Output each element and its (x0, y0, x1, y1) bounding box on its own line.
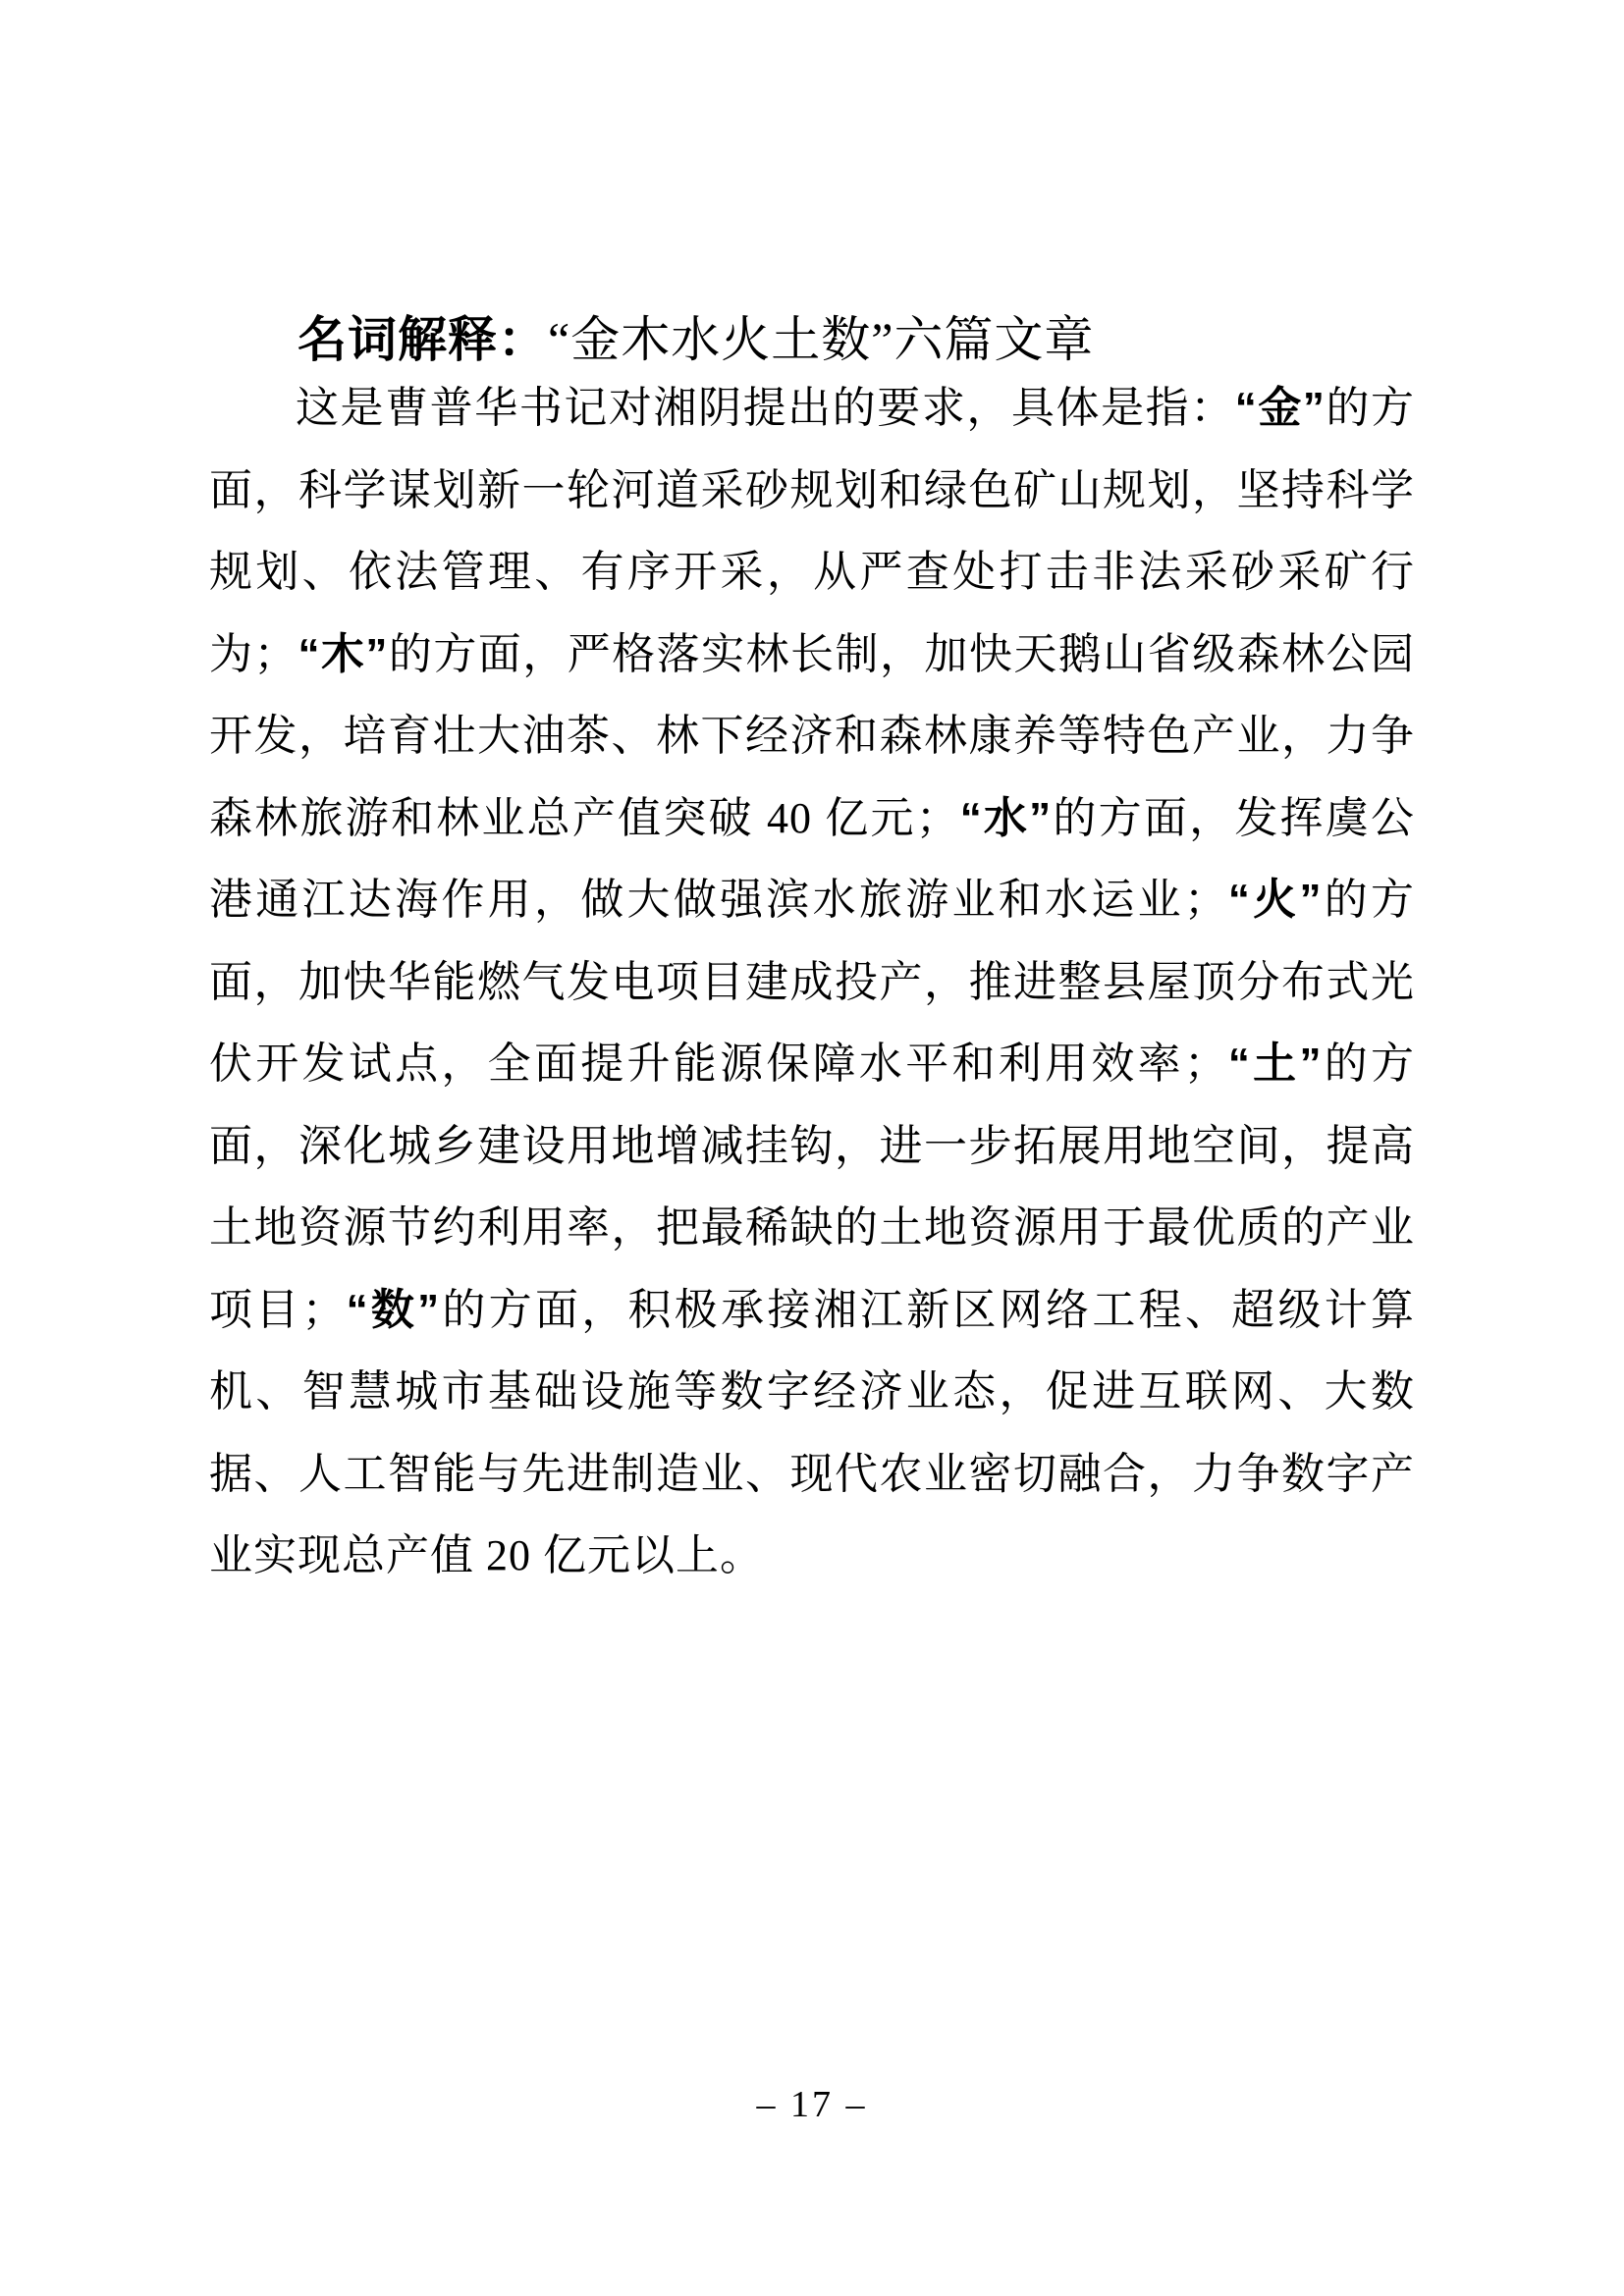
keyword-emphasis: “数” (347, 1286, 441, 1334)
keyword-emphasis: “金” (1235, 384, 1326, 432)
body-paragraph: 这是曹普华书记对湘阴提出的要求，具体是指：“金”的方面，科学谋划新一轮河道采砂规… (209, 367, 1415, 1597)
text-segment: 这是曹普华书记对湘阴提出的要求，具体是指： (296, 384, 1235, 432)
section-title: 名词解释：“金木水火土数”六篇文章 (298, 310, 1094, 369)
title-rest: “金木水火土数”六篇文章 (548, 312, 1094, 367)
page-number: – 17 – (0, 2083, 1624, 2126)
keyword-emphasis: “火” (1228, 876, 1323, 924)
keyword-emphasis: “水” (960, 794, 1052, 842)
title-lead: 名词解释： (298, 312, 548, 367)
keyword-emphasis: “土” (1228, 1040, 1323, 1088)
document-page: 名词解释：“金木水火土数”六篇文章 这是曹普华书记对湘阴提出的要求，具体是指：“… (0, 0, 1624, 2296)
keyword-emphasis: “木” (298, 630, 388, 678)
